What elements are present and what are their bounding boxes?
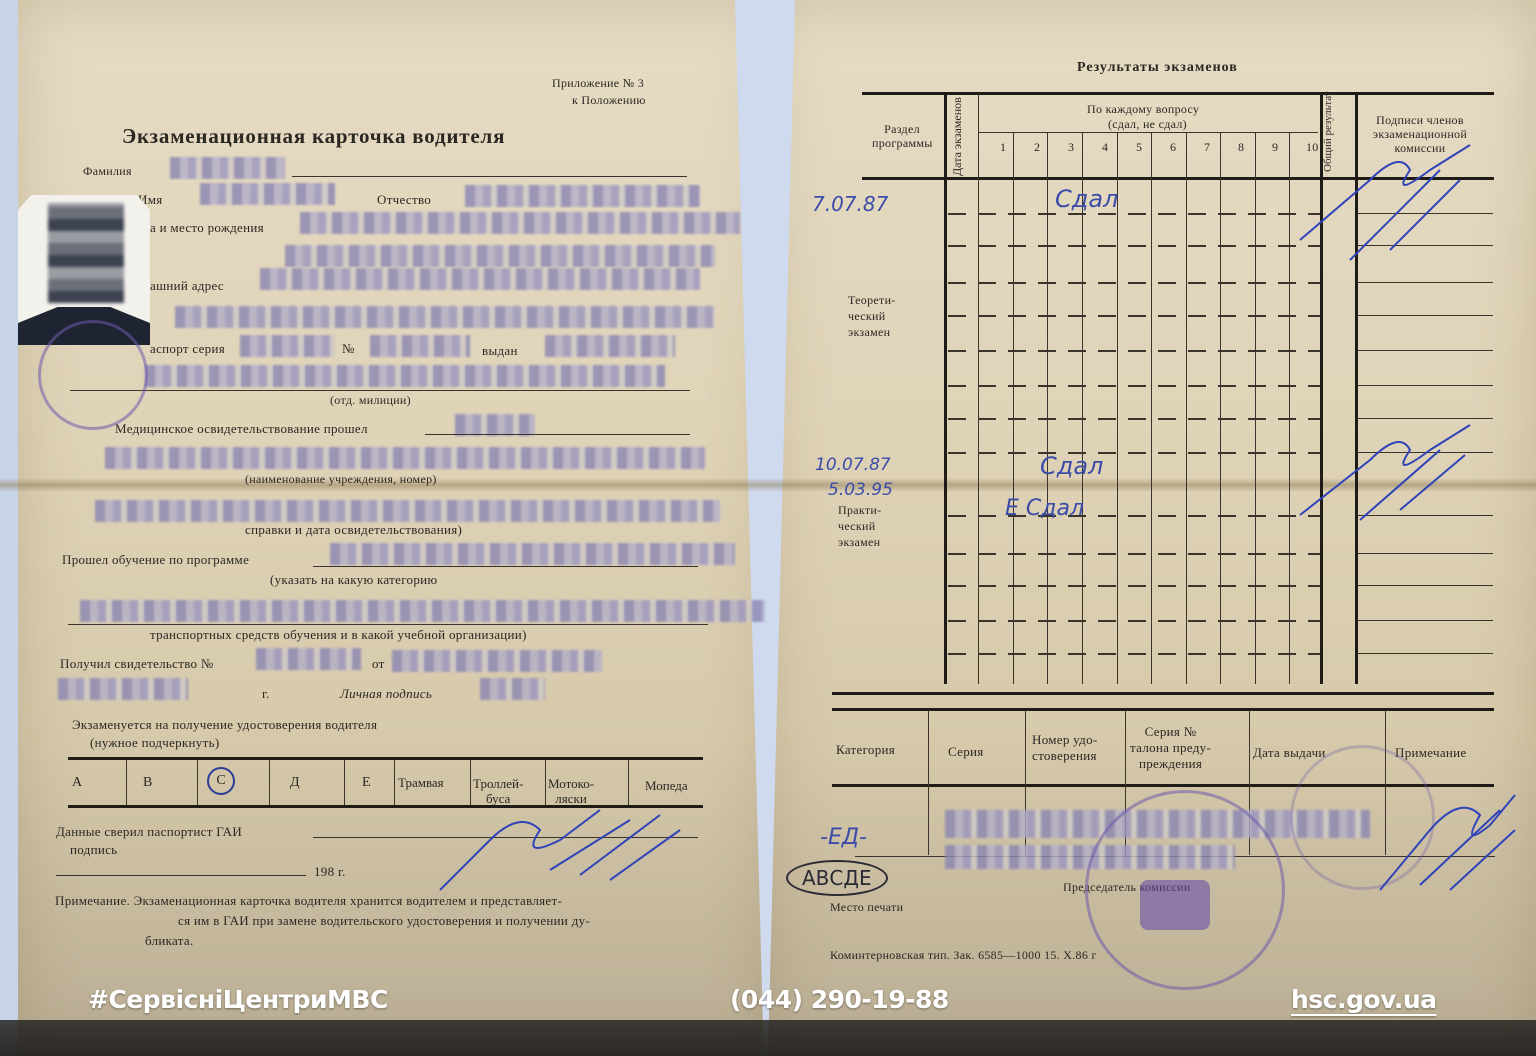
per-question-header: По каждому вопросу [1087,102,1199,117]
category-c-circled: С [207,767,235,795]
year-label: 198 г. [314,864,346,880]
address-value-2-redacted [175,306,715,328]
grid-row [948,418,1320,420]
license-category-value: -ЕД- [820,825,867,850]
footer-hashtag: #СервісніЦентриМВС [88,985,388,1014]
signature-row [1358,282,1493,283]
grid-line [1220,133,1221,684]
stamp-place-label: Место печати [830,900,903,915]
footer-bar [0,1020,1536,1056]
cat-divider [470,760,471,805]
practice-exam-label: Практи- ческий экзамен [838,502,881,550]
footer-phone: (044) 290-19-88 [730,985,949,1014]
print-info: Коминтерновская тип. Зак. 6585—1000 15. … [830,948,1097,963]
vehicle-caption: транспортных средств обучения и в какой … [150,627,527,643]
entry-result-1: Сдал [1055,185,1118,213]
appendix-number: Приложение № 3 [552,76,644,91]
license-header-issue-date: Дата выдачи [1253,745,1326,761]
question-7: 7 [1204,140,1238,155]
grid-line [1186,133,1187,684]
grid-line [1151,133,1152,684]
personal-signature-redacted [480,678,545,700]
police-dept-redacted [145,365,665,387]
address-value-redacted [260,268,700,290]
grid-row [948,213,1320,215]
license-col-divider [928,710,929,855]
police-line [70,390,690,391]
question-4: 4 [1102,140,1136,155]
cert-number-redacted [256,648,361,670]
results-title: Результаты экзаменов [1077,60,1238,76]
note-line-1: Примечание. Экзаменационная карточка вод… [55,893,562,909]
cat-divider [344,760,345,805]
grid-line [944,94,947,684]
surname-value-redacted [170,157,285,179]
cert-year-redacted [58,678,188,700]
commission-signature-2 [1290,420,1480,530]
per-question-divider [978,132,1318,133]
grid-row [948,653,1320,655]
entry-date-2: 10.07.87 [815,455,891,475]
police-stamp [38,320,148,430]
signature-row [1358,418,1493,419]
grid-line [1117,133,1118,684]
cat-divider [197,760,198,805]
birth-value-redacted [300,212,740,234]
category-moped: Мопеда [645,778,688,794]
passport-number-label: № [342,341,355,357]
verified-label: Данные сверил паспортист ГАИ [56,824,242,840]
category-e: Е [362,775,371,791]
results-table-top [862,92,1494,95]
vehicle-line [68,624,708,625]
signature-row [1358,653,1493,654]
signature-label: подпись [70,842,117,858]
note-line-2: ся им в ГАИ при замене водительского удо… [178,913,590,929]
gai-signature-scribble [430,800,690,900]
institution-caption: (наименование учреждения, номер) [245,472,437,487]
date-line [56,875,306,876]
categories-circled: АВСДЕ [786,860,888,896]
police-caption: (отд. милиции) [330,393,411,408]
surname-line [292,176,687,177]
patronymic-value-redacted [465,185,700,207]
theory-exam-label: Теорети- ческий экзамен [848,292,896,340]
certificate-caption: справки и дата освидетельствования) [245,522,462,538]
category-tram: Трамвая [398,775,444,791]
cat-divider [126,760,127,805]
entry-date-1: 7.07.87 [812,192,888,216]
passport-number-redacted [370,335,470,357]
grid-row [948,245,1320,247]
entry-result-2: Сдал [1040,452,1103,480]
grid-row [948,620,1320,622]
grid-row [948,385,1320,387]
cat-divider [269,760,270,805]
year-suffix: г. [262,686,270,702]
license-header-category: Категория [836,742,895,758]
stamp-emblem [1140,880,1210,930]
name-value-redacted [200,183,335,205]
birth-label: а и место рождения [150,220,264,236]
chairman-signature [1370,790,1520,900]
document-title: Экзаменационная карточка водителя [122,124,505,149]
grid-row [948,282,1320,284]
signature-row [1358,585,1493,586]
grid-row [948,350,1320,352]
grid-row [948,515,1320,517]
footer-website-link[interactable]: hsc.gov.ua [1291,985,1437,1014]
signature-row [1358,620,1493,621]
from-label: от [372,656,385,672]
entry-result-3: Е Сдал [1005,496,1084,521]
grid-line [1255,133,1256,684]
grid-line [1013,133,1014,684]
category-table-top [68,757,703,760]
issued-value-redacted [545,335,675,357]
section-header: Раздел программы [872,122,932,150]
category-caption: (указать на какую категорию [270,572,437,588]
certificate-redacted [95,500,720,522]
commission-signature-1 [1290,140,1480,270]
license-table-top-1 [832,692,1494,695]
question-2: 2 [1034,140,1068,155]
cert-date-redacted [392,650,602,672]
grid-row [948,452,1320,454]
question-6: 6 [1170,140,1204,155]
training-label: Прошел обучение по программе [62,552,249,568]
question-3: 3 [1068,140,1102,155]
birth-value-2-redacted [285,245,715,267]
per-question-subheader: (сдал, не сдал) [1108,117,1187,132]
question-5: 5 [1136,140,1170,155]
institution-redacted [105,447,705,469]
issued-label: выдан [482,343,518,359]
grid-row [948,315,1320,317]
question-1: 1 [1000,140,1034,155]
grid-row [948,585,1320,587]
cat-divider [394,760,395,805]
surname-label: Фамилия [83,164,132,179]
grid-row [948,553,1320,555]
passport-series-redacted [240,335,335,357]
category-b: В [143,775,152,791]
underline-hint: (нужное подчеркнуть) [90,735,219,751]
note-line-3: бликата. [145,933,194,949]
training-value-redacted [330,543,735,565]
training-line [313,566,698,567]
signature-row [1358,385,1493,386]
medical-value-redacted [455,414,535,436]
patronymic-label: Отчество [377,192,431,208]
medical-label: Медицинское освидетельствование прошел [115,421,368,437]
exam-for-label: Экзаменуется на получение удостоверения … [72,717,377,733]
signature-row [1358,553,1493,554]
category-a: А [72,775,82,791]
cert-received-label: Получил свидетельство № [60,656,214,672]
license-header-warning-coupon: Серия № талона преду- преждения [1130,724,1211,772]
signature-row [1358,350,1493,351]
entry-date-3: 5.03.95 [828,480,893,500]
personal-signature-label: Личная подпись [340,686,432,702]
signature-row [1358,315,1493,316]
appendix-ref: к Положению [572,93,646,108]
category-d: Д [290,775,300,791]
address-label: ашний адрес [150,278,224,294]
license-table-top-2 [832,708,1494,711]
grid-line [1082,133,1083,684]
vehicle-org-redacted [80,600,765,622]
exam-date-header: Дата экзаменов [950,97,965,176]
grid-line [1047,133,1048,684]
passport-label: аспорт серия [150,341,225,357]
medical-line [425,434,690,435]
cat-divider [545,760,546,805]
grid-line [978,94,979,684]
cat-divider [628,760,629,805]
license-header-series: Серия [948,744,984,760]
license-header-number: Номер удо- стоверения [1032,732,1098,764]
